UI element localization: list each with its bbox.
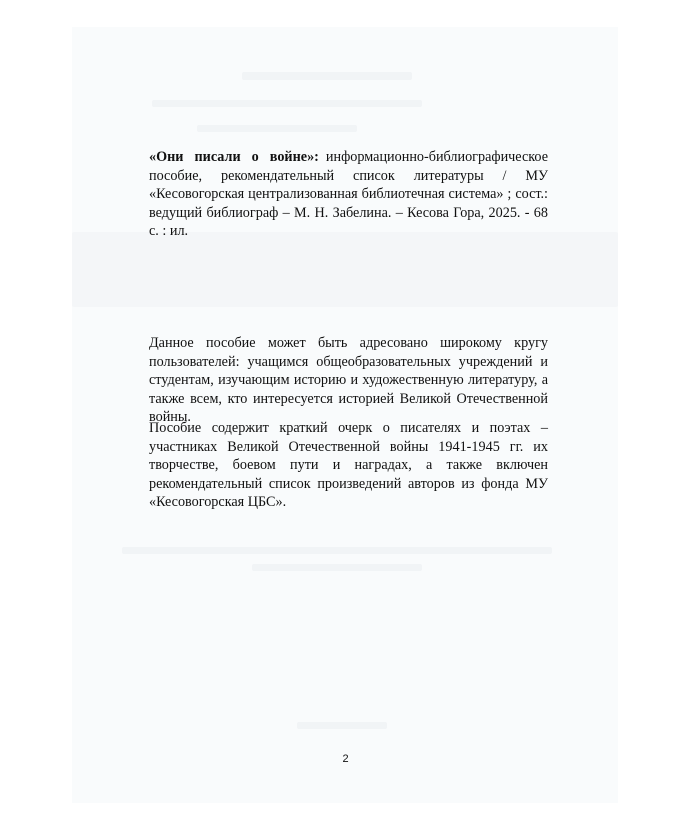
- page-number: 2: [0, 753, 691, 765]
- bleed-through-mark: [252, 564, 422, 571]
- bleed-through-mark: [72, 232, 618, 307]
- citation-paragraph: «Они писали о войне»: информационно-библ…: [149, 148, 548, 241]
- bleed-through-mark: [197, 125, 357, 132]
- audience-paragraph: Данное пособие может быть адресовано шир…: [149, 334, 548, 427]
- bleed-through-mark: [152, 100, 422, 107]
- bleed-through-mark: [122, 547, 552, 554]
- bibliographic-citation: «Они писали о войне»: информационно-библ…: [149, 148, 548, 241]
- contents-paragraph: Пособие содержит краткий очерк о писател…: [149, 419, 548, 512]
- paragraph-text: Пособие содержит краткий очерк о писател…: [149, 419, 548, 512]
- citation-title: «Они писали о войне»:: [149, 149, 319, 165]
- bleed-through-mark: [242, 72, 412, 80]
- paragraph-text: Данное пособие может быть адресовано шир…: [149, 334, 548, 427]
- bleed-through-mark: [297, 722, 387, 729]
